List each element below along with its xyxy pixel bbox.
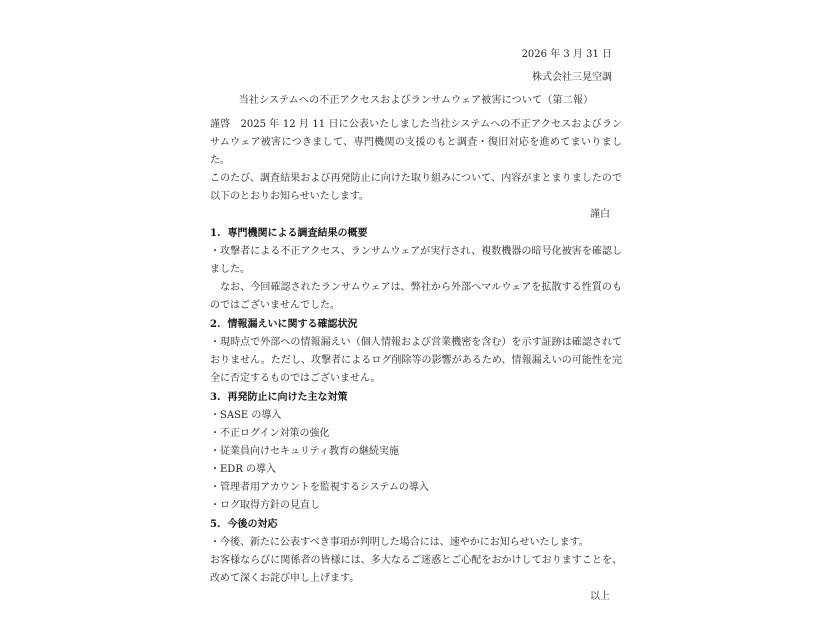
section-5-item: お客様ならびに関係者の皆様には、多大なるご迷惑とご心配をおかけしておりますことを… xyxy=(210,552,622,588)
section-5-number: 5. xyxy=(210,516,220,534)
company-name: 株式会社三晃空調 xyxy=(210,69,622,87)
section-5-heading: 5.今後の対応 xyxy=(210,516,622,534)
section-3-item: ・不正ログイン対策の強化 xyxy=(210,425,622,443)
section-3-item: ・ログ取得方針の見直し xyxy=(210,497,622,515)
section-1-heading-text: 専門機関による調査結果の概要 xyxy=(227,228,367,239)
section-1-number: 1. xyxy=(210,225,220,243)
intro-paragraph-2: このたび、調査結果および再発防止に向けた取り組みについて、内容がまとまりましたの… xyxy=(210,170,622,206)
closing-salutation: 謹白 xyxy=(210,206,622,224)
document-page: 2026 年 3 月 31 日 株式会社三晃空調 当社システムへの不正アクセスお… xyxy=(210,0,622,606)
section-1-item: なお、今回確認されたランサムウェアは、弊社から外部へマルウェアを拡散する性質のも… xyxy=(210,279,622,315)
section-3-item: ・従業員向けセキュリティ教育の継続実施 xyxy=(210,443,622,461)
section-2-number: 2. xyxy=(210,316,220,334)
section-3-heading: 3.再発防止に向けた主な対策 xyxy=(210,389,622,407)
document-title: 当社システムへの不正アクセスおよびランサムウェア被害について（第二報） xyxy=(210,92,622,110)
closing-word: 以上 xyxy=(210,588,622,606)
section-5-item: ・今後、新たに公表すべき事項が判明した場合には、速やかにお知らせいたします。 xyxy=(210,534,622,552)
section-2-heading: 2.情報漏えいに関する確認状況 xyxy=(210,316,622,334)
section-3-heading-text: 再発防止に向けた主な対策 xyxy=(227,392,347,403)
intro-paragraph-1: 謹啓 2025 年 12 月 11 日に公表いたしました当社システムへの不正アク… xyxy=(210,116,622,170)
section-3-item: ・管理者用アカウントを監視するシステムの導入 xyxy=(210,479,622,497)
section-3-item: ・SASE の導入 xyxy=(210,407,622,425)
section-2-heading-text: 情報漏えいに関する確認状況 xyxy=(227,319,357,330)
section-5-heading-text: 今後の対応 xyxy=(227,519,277,530)
section-1-item: ・攻撃者による不正アクセス、ランサムウェアが実行され、複数機器の暗号化被害を確認… xyxy=(210,243,622,279)
section-2-item: ・現時点で外部への情報漏えい（個人情報および営業機密を含む）を示す証跡は確認され… xyxy=(210,334,622,388)
section-3-item: ・EDR の導入 xyxy=(210,461,622,479)
section-1-heading: 1.専門機関による調査結果の概要 xyxy=(210,225,622,243)
date-line: 2026 年 3 月 31 日 xyxy=(210,46,622,64)
section-3-number: 3. xyxy=(210,389,220,407)
